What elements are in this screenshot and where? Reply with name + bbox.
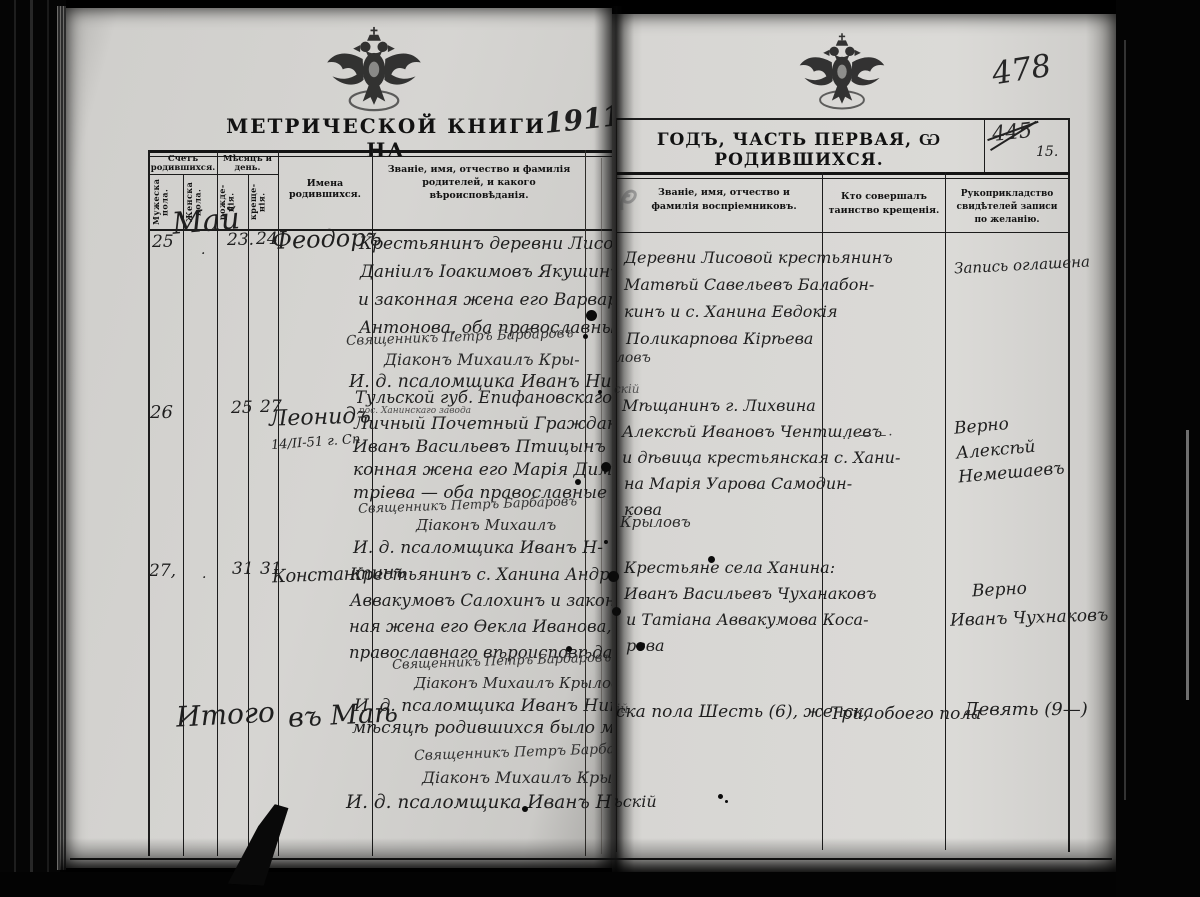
record1-clergy-line: Діаконъ Михаилъ Кры- bbox=[384, 350, 580, 369]
header-date-group: Мѣсяцъ и день. bbox=[218, 155, 277, 174]
record1-no-female: · bbox=[201, 246, 205, 262]
spine-streak bbox=[14, 0, 16, 897]
spine-streak bbox=[30, 0, 33, 897]
record2-clergy-line: Діаконъ Михаилъ bbox=[416, 516, 556, 534]
page-stack-edge bbox=[57, 6, 66, 870]
col-line bbox=[248, 174, 249, 856]
record2-born-day: 25 bbox=[231, 398, 253, 418]
col-line bbox=[148, 150, 150, 856]
record1-godparents-line: Поликарпова Кірѣева bbox=[626, 329, 813, 348]
ink-blot bbox=[583, 334, 588, 339]
imperial-eagle-emblem bbox=[322, 24, 426, 120]
header-officiant-col: Кто совершалъ таинство крещенія. bbox=[828, 190, 940, 219]
record3-parents-line: Аввакумовъ Салохинъ и закон- bbox=[350, 591, 621, 610]
header-count-group: Счетъ родившихся. bbox=[150, 155, 216, 174]
record3-godparents-line: Крестьяне села Ханина: bbox=[624, 558, 835, 577]
book-scan: МЕТРИЧЕСКОЙ КНИГИ НА 1911 Счетъ родивших… bbox=[0, 0, 1200, 897]
record1-no-male: 25 bbox=[152, 232, 174, 252]
left-page: МЕТРИЧЕСКОЙ КНИГИ НА 1911 Счетъ родивших… bbox=[66, 8, 612, 868]
ink-blot bbox=[612, 607, 621, 616]
col-line bbox=[945, 172, 946, 850]
frame-top-rule bbox=[616, 118, 1070, 120]
ink-blot bbox=[601, 462, 611, 472]
record2-archival-note: 14/ІІ-51 г. Сп bbox=[271, 432, 361, 453]
header-date-baptized: креще-нія. bbox=[249, 177, 276, 227]
right-page-title: ГОДЪ, ЧАСТЬ ПЕРВАЯ, Ѡ РОДИВШИХСЯ. bbox=[622, 130, 976, 170]
spine-streak bbox=[47, 0, 49, 897]
ink-blot bbox=[522, 806, 528, 812]
col-line bbox=[183, 174, 184, 856]
record2-no-male: 26 bbox=[150, 402, 173, 423]
summary-right-line: Девять (9—) bbox=[964, 699, 1088, 720]
record3-signature-line: Верно bbox=[972, 579, 1028, 602]
header-signatures-col: Рукоприкладство свидѣтелей записи по жел… bbox=[950, 188, 1064, 227]
record3-godparents-line: и Татіана Аввакумова Коса- bbox=[626, 610, 868, 629]
ink-blot bbox=[708, 556, 715, 563]
ink-blot bbox=[604, 540, 608, 544]
ink-blot bbox=[725, 800, 728, 803]
title-cell-divider bbox=[984, 118, 985, 174]
record2-signature-block: Верно Алексѣй Немешаевъ bbox=[953, 409, 1065, 487]
record2-parents-line: конная жена его Марія Дими- bbox=[353, 460, 629, 480]
col-line bbox=[217, 150, 218, 856]
folio-number-handwritten: 478 bbox=[990, 48, 1054, 93]
record2-signature-line: Немешаевъ bbox=[957, 458, 1065, 487]
record2-signature-line: Верно bbox=[953, 409, 1061, 438]
title-bottom-rule2 bbox=[616, 178, 1070, 179]
ink-blot bbox=[586, 310, 597, 321]
record2-clergy-line: И. д. псаломщика Иванъ Н- bbox=[353, 538, 603, 558]
right-edge-streak bbox=[1124, 40, 1126, 800]
record2-officiant-mark: ‥·—·–· bbox=[842, 428, 895, 443]
ink-blot bbox=[575, 479, 581, 485]
summary-right-line: Три, обоего пола bbox=[830, 704, 981, 724]
header-names-col: Имена родившихся. bbox=[280, 178, 370, 201]
record1-born-day: 23. bbox=[227, 230, 254, 250]
record2-godparents-line: и дѣвица крестьянская с. Хани- bbox=[622, 448, 900, 467]
col-line bbox=[822, 172, 823, 850]
right-edge-highlight bbox=[1186, 430, 1189, 700]
record1-parents-line: и законная жена его Варвара bbox=[358, 290, 628, 310]
title-bottom-rule bbox=[616, 172, 1070, 175]
page-number: 15. bbox=[1036, 144, 1058, 160]
summary-total-label: Итого bbox=[175, 695, 275, 733]
record2-godparents-line: на Марія Уарова Самодин- bbox=[624, 474, 852, 493]
right-page: 478 ГОДЪ, ЧАСТЬ ПЕРВАЯ, Ѡ РОДИВШИХСЯ. 44… bbox=[612, 14, 1116, 872]
ink-blot bbox=[608, 571, 619, 582]
bottom-shadow bbox=[60, 838, 1120, 872]
group-underline bbox=[148, 174, 279, 175]
record3-born-day: 31 bbox=[232, 559, 254, 579]
record1-godparents-line: Деревни Лисовой крестьянинъ bbox=[624, 248, 893, 267]
header-bottom-rule bbox=[616, 232, 1070, 233]
record3-parents-line: Крестьянинъ с. Ханина Андрей bbox=[350, 565, 630, 584]
record3-signature-line: Иванъ Чухнаковъ bbox=[950, 605, 1109, 631]
header-godparents-col: Званіе, имя, отчество и фамилія воспріем… bbox=[638, 186, 810, 215]
header-parents-col: Званіе, имя, отчество и фамилія родителе… bbox=[376, 164, 582, 202]
record1-godparents-line: Матвѣй Савельевъ Балабон- bbox=[624, 275, 874, 294]
ink-blot bbox=[636, 642, 645, 651]
ink-blot bbox=[566, 646, 572, 652]
record3-no-male: 27, bbox=[149, 561, 176, 581]
record3-no-female: · bbox=[202, 570, 206, 586]
record3-godparents-line: Иванъ Васильевъ Чуханаковъ bbox=[624, 584, 877, 603]
ink-blot bbox=[598, 390, 602, 394]
imperial-eagle-emblem bbox=[795, 30, 889, 118]
record1-parents-line: Даніилъ Іоакимовъ Якушинъ bbox=[360, 262, 622, 282]
frame-right-rule bbox=[1068, 118, 1070, 852]
record2-godparents-line: Мѣщанинъ г. Лихвина bbox=[622, 396, 816, 415]
bottom-black-band bbox=[0, 872, 1200, 897]
book-gutter-shadow bbox=[594, 6, 634, 872]
crossed-out-number: 445 bbox=[991, 118, 1033, 146]
record1-godparents-line: кинъ и с. Ханина Евдокія bbox=[624, 302, 838, 321]
col-line bbox=[278, 150, 279, 856]
ink-blot bbox=[718, 794, 723, 799]
